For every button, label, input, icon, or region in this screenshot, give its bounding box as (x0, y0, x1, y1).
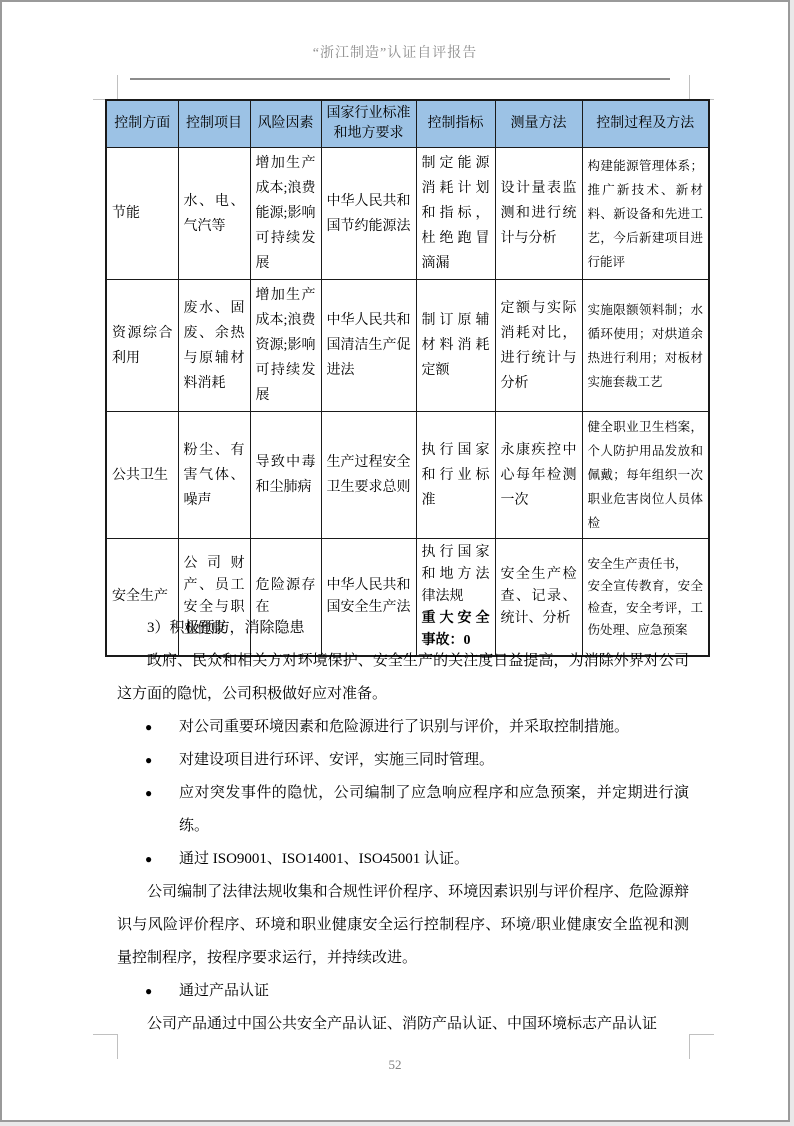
header-control-indicator: 控制指标 (416, 100, 495, 148)
bullet-item: ● 通过产品认证 (117, 975, 689, 1008)
control-aspects-table: 控制方面 控制项目 风险因素 国家行业标准 和地方要求 控制指标 测量方法 控制… (105, 99, 710, 657)
bullet-icon: ● (145, 843, 152, 876)
cell-indicator: 执行国家和行业标准 (416, 412, 495, 539)
cell-risk: 导致中毒和尘肺病 (250, 412, 321, 539)
cell-measure: 设计量表监测和进行统计与分析 (495, 148, 582, 280)
bullet-text: 对建设项目进行环评、安评，实施三同时管理。 (179, 752, 494, 768)
margin-crop-mark-bottom-right (689, 1034, 714, 1059)
header-control-item: 控制项目 (178, 100, 250, 148)
bullet-icon: ● (145, 777, 152, 810)
cell-aspect: 公共卫生 (106, 412, 178, 539)
bullet-text: 通过 ISO9001、ISO14001、ISO45001 认证。 (179, 851, 469, 867)
header-standard: 国家行业标准 和地方要求 (321, 100, 416, 148)
margin-crop-mark-top-left (93, 75, 118, 100)
cell-standard: 中华人民共和国清洁生产促进法 (321, 280, 416, 412)
cell-measure: 定额与实际消耗对比，进行统计与分析 (495, 280, 582, 412)
cell-measure: 永康疾控中心每年检测一次 (495, 412, 582, 539)
indicator-text: 执行国家和地方法律法规 (422, 542, 490, 608)
header-measure-method: 测量方法 (495, 100, 582, 148)
cell-risk: 增加生产成本;浪费资源;影响可持续发展 (250, 280, 321, 412)
bullet-icon: ● (145, 744, 152, 777)
bullet-text: 对公司重要环境因素和危险源进行了识别与评价，并采取控制措施。 (179, 719, 629, 735)
paragraph: 政府、民众和相关方对环境保护、安全生产的关注度日益提高，为消除外界对公司这方面的… (117, 645, 689, 711)
paragraph: 公司编制了法律法规收集和合规性评价程序、环境因素识别与评价程序、危险源辩识与风险… (117, 876, 689, 975)
bullet-icon: ● (145, 975, 152, 1008)
page-number: 52 (2, 1057, 788, 1073)
margin-crop-mark-top-right (689, 75, 714, 100)
document-page: “浙江制造”认证自评报告 控制方面 控制项目 风险因素 国家行业标准 和地方要求… (0, 0, 790, 1122)
running-header-title: “浙江制造”认证自评报告 (2, 42, 788, 62)
bullet-text: 应对突发事件的隐忧，公司编制了应急响应程序和应急预案，并定期进行演练。 (179, 785, 689, 834)
margin-crop-mark-bottom-left (93, 1034, 118, 1059)
cell-process: 健全职业卫生档案，个人防护用品发放和佩戴；每年组织一次职业危害岗位人员体检 (582, 412, 709, 539)
bullet-item: ● 对建设项目进行环评、安评，实施三同时管理。 (117, 744, 689, 777)
table-row-resource-utilization: 资源综合利用 废水、固废、余热与原辅材料消耗 增加生产成本;浪费资源;影响可持续… (106, 280, 709, 412)
cell-process: 构建能源管理体系；推广新技术、新材料、新设备和先进工艺，今后新建项目进行能评 (582, 148, 709, 280)
cell-item: 水、电、气汽等 (178, 148, 250, 280)
cell-aspect: 资源综合利用 (106, 280, 178, 412)
cell-item: 粉尘、有害气体、噪声 (178, 412, 250, 539)
bullet-text: 通过产品认证 (179, 983, 269, 999)
header-risk-factor: 风险因素 (250, 100, 321, 148)
table-row-public-health: 公共卫生 粉尘、有害气体、噪声 导致中毒和尘肺病 生产过程安全卫生要求总则 执行… (106, 412, 709, 539)
header-control-aspect: 控制方面 (106, 100, 178, 148)
bullet-item: ● 应对突发事件的隐忧，公司编制了应急响应程序和应急预案，并定期进行演练。 (117, 777, 689, 843)
bullet-icon: ● (145, 711, 152, 744)
section-heading: 3）积极预防，消除隐患 (117, 612, 689, 645)
bullet-item: ● 通过 ISO9001、ISO14001、ISO45001 认证。 (117, 843, 689, 876)
cell-aspect: 节能 (106, 148, 178, 280)
bullet-item: ● 对公司重要环境因素和危险源进行了识别与评价，并采取控制措施。 (117, 711, 689, 744)
paragraph: 公司产品通过中国公共安全产品认证、消防产品认证、中国环境标志产品认证 (117, 1008, 689, 1041)
cell-process: 实施限额领料制；水循环使用；对烘道余热进行利用；对板材实施套裁工艺 (582, 280, 709, 412)
header-control-process: 控制过程及方法 (582, 100, 709, 148)
cell-standard: 中华人民共和国节约能源法 (321, 148, 416, 280)
table-header-row: 控制方面 控制项目 风险因素 国家行业标准 和地方要求 控制指标 测量方法 控制… (106, 100, 709, 148)
cell-indicator: 制定能源消耗计划和指标，杜绝跑冒滴漏 (416, 148, 495, 280)
header-rule (130, 78, 670, 80)
cell-indicator: 制订原辅材料消耗定额 (416, 280, 495, 412)
cell-risk: 增加生产成本;浪费能源;影响可持续发展 (250, 148, 321, 280)
cell-standard: 生产过程安全卫生要求总则 (321, 412, 416, 539)
table-row-energy-saving: 节能 水、电、气汽等 增加生产成本;浪费能源;影响可持续发展 中华人民共和国节约… (106, 148, 709, 280)
cell-item: 废水、固废、余热与原辅材料消耗 (178, 280, 250, 412)
body-text-block: 3）积极预防，消除隐患 政府、民众和相关方对环境保护、安全生产的关注度日益提高，… (117, 612, 689, 1041)
